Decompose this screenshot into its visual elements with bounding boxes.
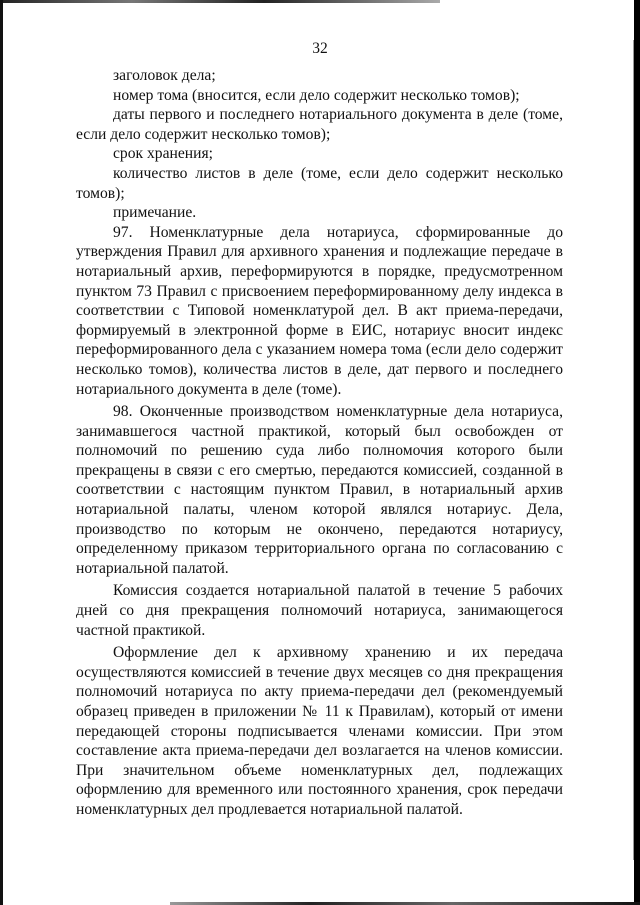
document-body: заголовок дела; номер тома (вносится, ес… <box>76 66 563 820</box>
list-item-dates: даты первого и последнего нотариального … <box>76 105 563 144</box>
paragraph-transfer: Оформление дел к архивному хранению и их… <box>76 643 563 819</box>
list-item-title: заголовок дела; <box>76 66 563 86</box>
list-item-sheet-count: количество листов в деле (томе, если дел… <box>76 164 563 203</box>
paragraph-commission: Комиссия создается нотариальной палатой … <box>76 581 563 640</box>
list-item-volume-number: номер тома (вносится, если дело содержит… <box>76 86 563 106</box>
page-number: 32 <box>0 40 640 58</box>
scan-edge-left <box>0 0 3 905</box>
scan-edge-right-line <box>633 40 634 860</box>
list-item-note: примечание. <box>76 203 563 223</box>
list-item-retention: срок хранения; <box>76 144 563 164</box>
paragraph-97: 97. Номенклатурные дела нотариуса, сформ… <box>76 223 563 399</box>
scan-edge-top <box>0 0 440 3</box>
scanned-page: 32 заголовок дела; номер тома (вносится,… <box>0 0 640 905</box>
paragraph-98: 98. Оконченные производством номенклатур… <box>76 402 563 578</box>
scan-edge-right <box>634 0 640 905</box>
